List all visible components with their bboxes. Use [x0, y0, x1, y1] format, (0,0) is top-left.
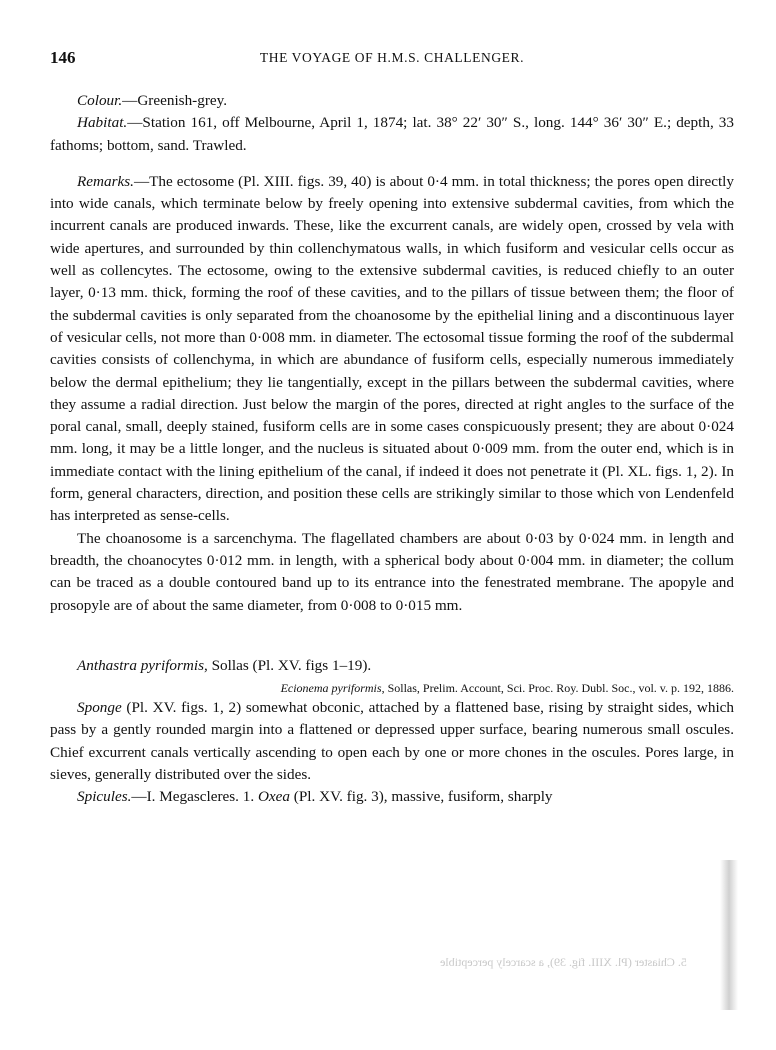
remarks-paragraph: Remarks.—The ectosome (Pl. XIII. figs. 3…: [50, 171, 734, 528]
page-header: 146 THE VOYAGE OF H.M.S. CHALLENGER.: [50, 48, 734, 68]
spacer: [50, 157, 734, 171]
synonym-citation: , Sollas, Prelim. Account, Sci. Proc. Ro…: [382, 681, 734, 695]
species-authority: , Sollas (Pl. XV. figs 1–19).: [204, 657, 371, 674]
species-heading: Anthastra pyriformis, Sollas (Pl. XV. fi…: [50, 655, 734, 677]
colour-text: —Greenish-grey.: [122, 92, 227, 109]
book-page: 146 THE VOYAGE OF H.M.S. CHALLENGER. Col…: [0, 0, 776, 1050]
remarks-label: Remarks.: [77, 173, 134, 190]
choanosome-paragraph: The choanosome is a sarcenchyma. The fla…: [50, 528, 734, 617]
running-title: THE VOYAGE OF H.M.S. CHALLENGER.: [50, 50, 734, 66]
spicules-text-b: (Pl. XV. fig. 3), massive, fusiform, sha…: [290, 788, 553, 805]
habitat-label: Habitat.: [77, 114, 127, 131]
page-edge-shadow: [720, 860, 738, 1010]
species-name: Anthastra pyriformis: [77, 657, 204, 674]
synonym-line: Ecionema pyriformis, Sollas, Prelim. Acc…: [50, 679, 734, 697]
oxea-term: Oxea: [258, 788, 290, 805]
bleed-through-text: 5. Chiaster (Pl. XIII. fig. 39), a scarc…: [440, 955, 687, 970]
colour-paragraph: Colour.—Greenish-grey.: [50, 90, 734, 112]
sponge-text: (Pl. XV. figs. 1, 2) somewhat obconic, a…: [50, 699, 734, 783]
spacer: [50, 617, 734, 655]
sponge-label: Sponge: [77, 699, 122, 716]
synonym-name: Ecionema pyriformis: [281, 681, 382, 695]
sponge-paragraph: Sponge (Pl. XV. figs. 1, 2) somewhat obc…: [50, 697, 734, 786]
spicules-text-a: —I. Megascleres. 1.: [131, 788, 258, 805]
habitat-paragraph: Habitat.—Station 161, off Melbourne, Apr…: [50, 112, 734, 157]
colour-label: Colour.: [77, 92, 122, 109]
spicules-paragraph: Spicules.—I. Megascleres. 1. Oxea (Pl. X…: [50, 786, 734, 808]
body-text: Colour.—Greenish-grey. Habitat.—Station …: [50, 90, 734, 809]
spicules-label: Spicules.: [77, 788, 131, 805]
remarks-text: —The ectosome (Pl. XIII. figs. 39, 40) i…: [50, 173, 734, 524]
habitat-text: —Station 161, off Melbourne, April 1, 18…: [50, 114, 734, 153]
